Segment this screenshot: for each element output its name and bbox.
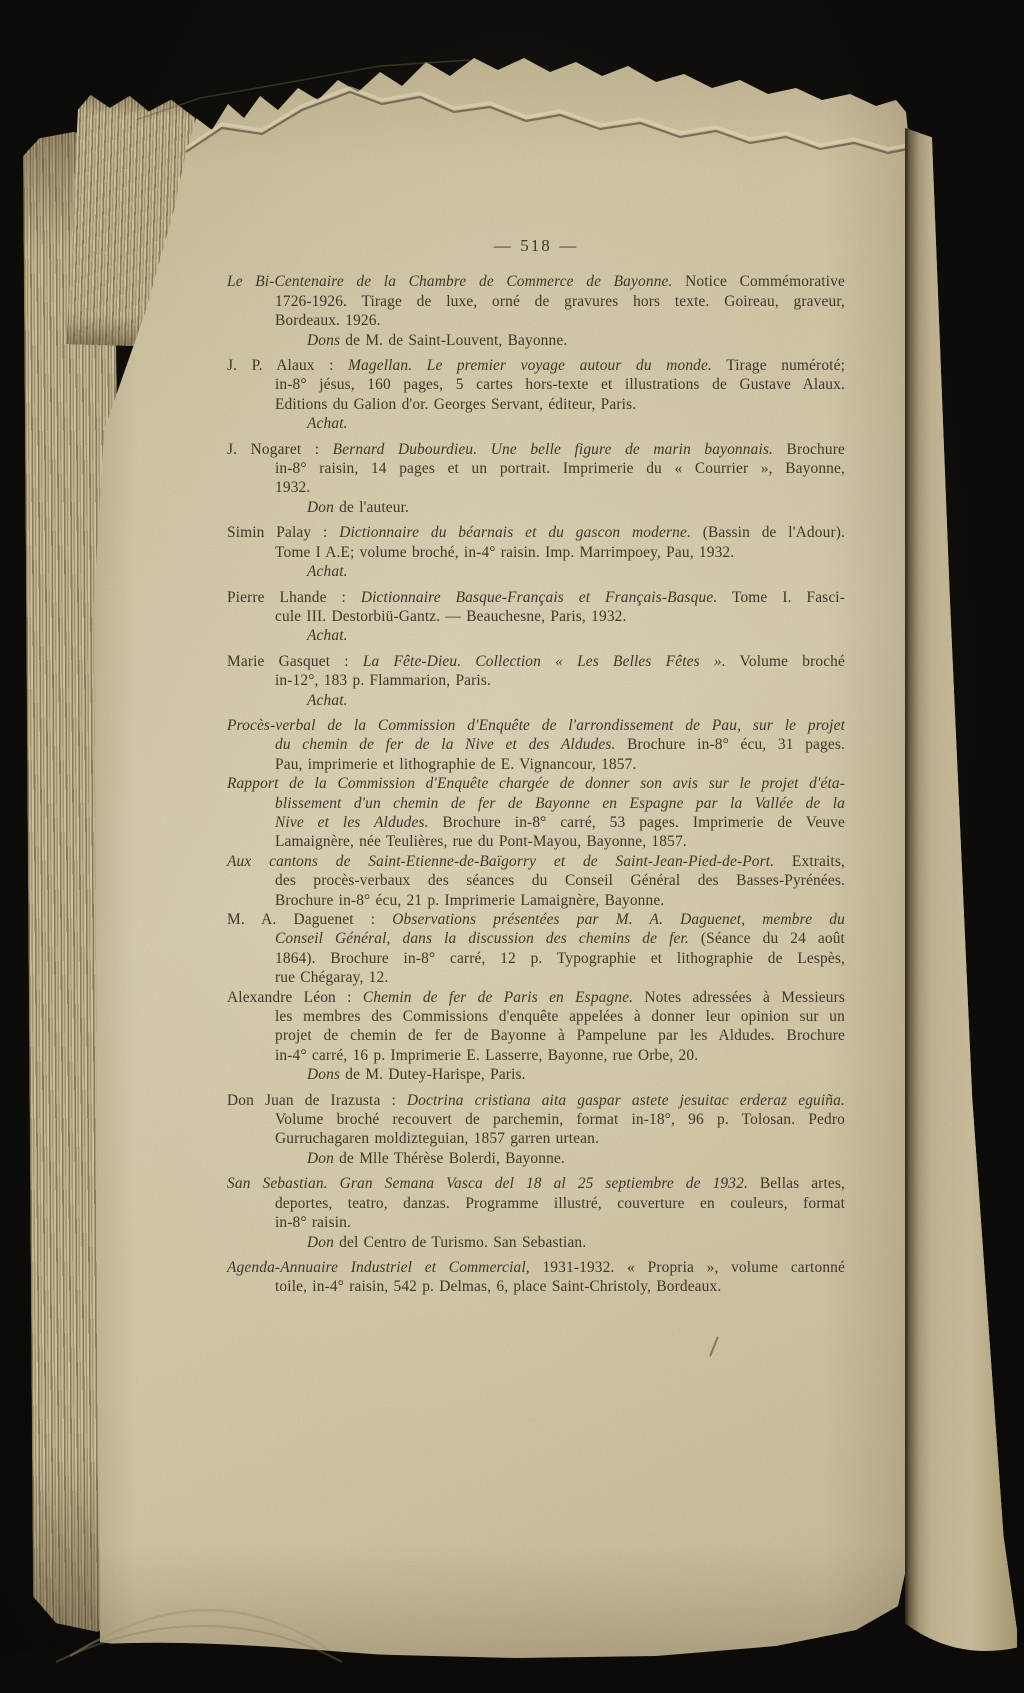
entry: M. A. Daguenet : Observations présentées… — [227, 910, 845, 988]
entry-line: Don Juan de Irazusta : Doctrina cristian… — [227, 1091, 845, 1110]
entry-line: Lamaignère, née Teulières, rue du Pont-M… — [227, 832, 845, 851]
entry-line: Aux cantons de Saint-Etienne-de-Baïgorry… — [227, 852, 845, 871]
entries: Le Bi-Centenaire de la Chambre de Commer… — [227, 272, 845, 1296]
entry-note: Achat. — [227, 626, 845, 645]
entry: Alexandre Léon : Chemin de fer de Paris … — [227, 988, 845, 1085]
entry: San Sebastian. Gran Semana Vasca del 18 … — [227, 1174, 845, 1252]
entry-line: Bordeaux. 1926. — [227, 311, 845, 330]
entry: J. Nogaret : Bernard Dubourdieu. Une bel… — [227, 440, 845, 518]
entry-line: San Sebastian. Gran Semana Vasca del 18 … — [227, 1174, 845, 1193]
entry-line: blissement d'un chemin de fer de Bayonne… — [227, 794, 845, 813]
entry-line: J. P. Alaux : Magellan. Le premier voyag… — [227, 356, 845, 375]
entry-line: Pierre Lhande : Dictionnaire Basque-Fran… — [227, 588, 845, 607]
entry-line: M. A. Daguenet : Observations présentées… — [227, 910, 845, 929]
entry-note: Don del Centro de Turismo. San Sebastian… — [227, 1233, 845, 1252]
scan-background: — 518 — Le Bi-Centenaire de la Chambre d… — [0, 0, 1024, 1693]
entry-note: Achat. — [227, 562, 845, 581]
entry-line: projet de chemin de fer de Bayonne à Pam… — [227, 1026, 845, 1045]
entry: Aux cantons de Saint-Etienne-de-Baïgorry… — [227, 852, 845, 910]
page-content: — 518 — Le Bi-Centenaire de la Chambre d… — [227, 236, 845, 1297]
entry-note: Don de Mlle Thérèse Bolerdi, Bayonne. — [227, 1149, 845, 1168]
entry-line: du chemin de fer de la Nive et des Aldud… — [227, 735, 845, 754]
entry-line: Nive et les Aldudes. Brochure in-8° carr… — [227, 813, 845, 832]
entry-line: Procès-verbal de la Commission d'Enquête… — [227, 716, 845, 735]
entry-line: Volume broché recouvert de parchemin, fo… — [227, 1110, 845, 1129]
entry-line: Alexandre Léon : Chemin de fer de Paris … — [227, 988, 845, 1007]
entry-line: Le Bi-Centenaire de la Chambre de Commer… — [227, 272, 845, 291]
entry: Don Juan de Irazusta : Doctrina cristian… — [227, 1091, 845, 1169]
entry-line: in-12°, 183 p. Flammarion, Paris. — [227, 671, 845, 690]
entry-line: des procès-verbaux des séances du Consei… — [227, 871, 845, 890]
entry: Pierre Lhande : Dictionnaire Basque-Fran… — [227, 588, 845, 646]
entry: Procès-verbal de la Commission d'Enquête… — [227, 716, 845, 774]
entry-line: in-4° carré, 16 p. Imprimerie E. Lasserr… — [227, 1046, 845, 1065]
entry-line: in-8° jésus, 160 pages, 5 cartes hors-te… — [227, 375, 845, 394]
entry-line: J. Nogaret : Bernard Dubourdieu. Une bel… — [227, 440, 845, 459]
entry-line: cule III. Destorbiü-Gantz. — Beauchesne,… — [227, 607, 845, 626]
entry-line: Brochure in-8° écu, 21 p. Imprimerie Lam… — [227, 891, 845, 910]
entry: Le Bi-Centenaire de la Chambre de Commer… — [227, 272, 845, 350]
entry-line: in-8° raisin, 14 pages et un portrait. I… — [227, 459, 845, 478]
entry-line: rue Chégaray, 12. — [227, 968, 845, 987]
entry-line: Gurruchagaren moldizteguian, 1857 garren… — [227, 1129, 845, 1148]
entry: Marie Gasquet : La Fête-Dieu. Collection… — [227, 652, 845, 710]
entry-line: les membres des Commissions d'enquête ap… — [227, 1007, 845, 1026]
entry-line: in-8° raisin. — [227, 1213, 845, 1232]
entry-line: Editions du Galion d'or. Georges Servant… — [227, 395, 845, 414]
entry: J. P. Alaux : Magellan. Le premier voyag… — [227, 356, 845, 434]
entry-note: Don de l'auteur. — [227, 498, 845, 517]
entry-line: Agenda-Annuaire Industriel et Commercial… — [227, 1258, 845, 1277]
entry-line: Tome I A.E; volume broché, in-4° raisin.… — [227, 543, 845, 562]
entry-note: Achat. — [227, 691, 845, 710]
adjacent-page-edge — [905, 128, 1017, 1693]
entry-note: Dons de M. Dutey-Harispe, Paris. — [227, 1065, 845, 1084]
entry-line: Marie Gasquet : La Fête-Dieu. Collection… — [227, 652, 845, 671]
entry-note: Dons de M. de Saint-Louvent, Bayonne. — [227, 331, 845, 350]
entry: Simin Palay : Dictionnaire du béarnais e… — [227, 523, 845, 581]
entry-line: 1864). Brochure in-8° carré, 12 p. Typog… — [227, 949, 845, 968]
entry-line: Conseil Général, dans la discussion des … — [227, 929, 845, 948]
entry: Rapport de la Commission d'Enquête charg… — [227, 774, 845, 852]
entry-line: 1932. — [227, 478, 845, 497]
entry-line: deportes, teatro, danzas. Programme illu… — [227, 1194, 845, 1213]
entry-line: Pau, imprimerie et lithographie de E. Vi… — [227, 755, 845, 774]
page-number: — 518 — — [227, 236, 845, 255]
entry-line: Rapport de la Commission d'Enquête charg… — [227, 774, 845, 793]
entry-line: Simin Palay : Dictionnaire du béarnais e… — [227, 523, 845, 542]
entry-line: toile, in-4° raisin, 542 p. Delmas, 6, p… — [227, 1277, 845, 1296]
entry: Agenda-Annuaire Industriel et Commercial… — [227, 1258, 845, 1297]
entry-note: Achat. — [227, 414, 845, 433]
entry-line: 1726-1926. Tirage de luxe, orné de gravu… — [227, 292, 845, 311]
